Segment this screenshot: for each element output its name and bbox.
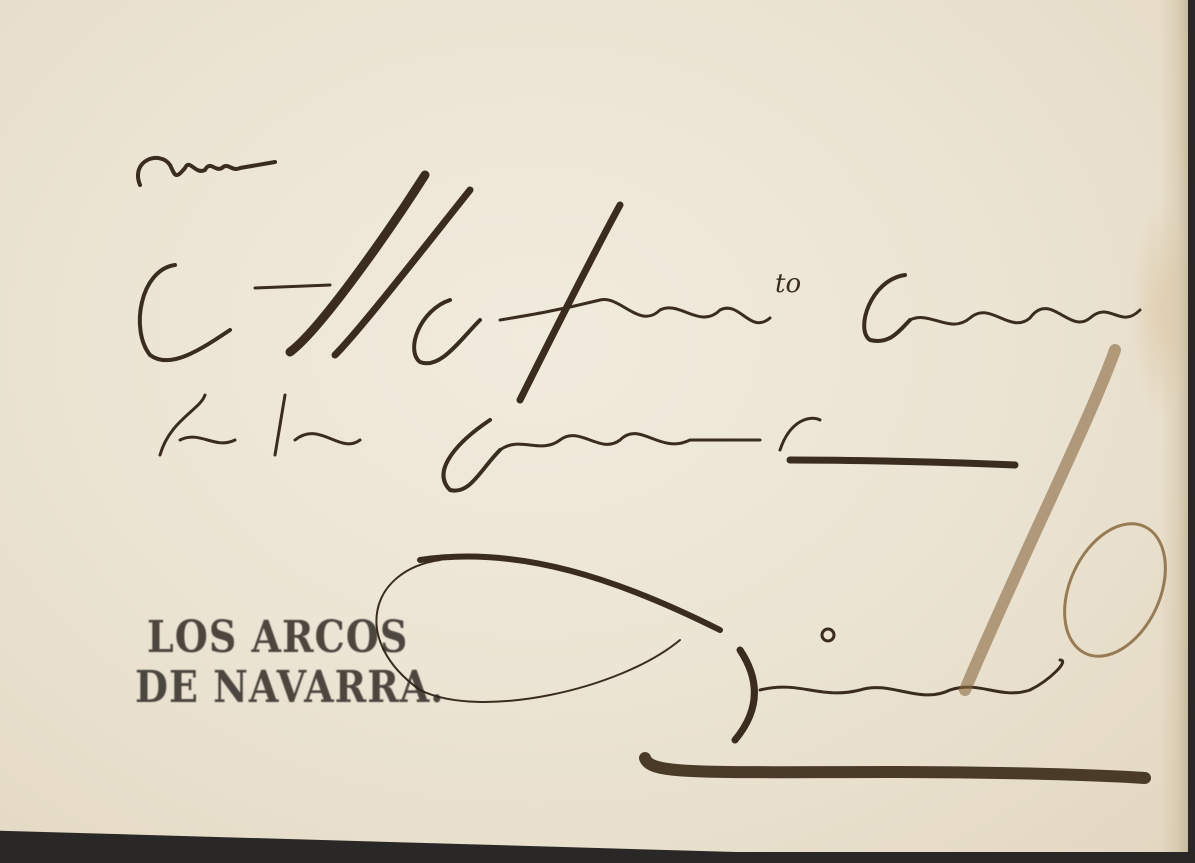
postmark-line-2: DE NAVARRA. bbox=[135, 665, 445, 709]
postmark-line-1: LOS ARCOS bbox=[147, 615, 445, 659]
postmark-stamp: LOS ARCOS DE NAVARRA. bbox=[135, 618, 445, 706]
svg-text:to: to bbox=[775, 269, 801, 299]
handwritten-address-ink: to bbox=[0, 0, 1195, 863]
